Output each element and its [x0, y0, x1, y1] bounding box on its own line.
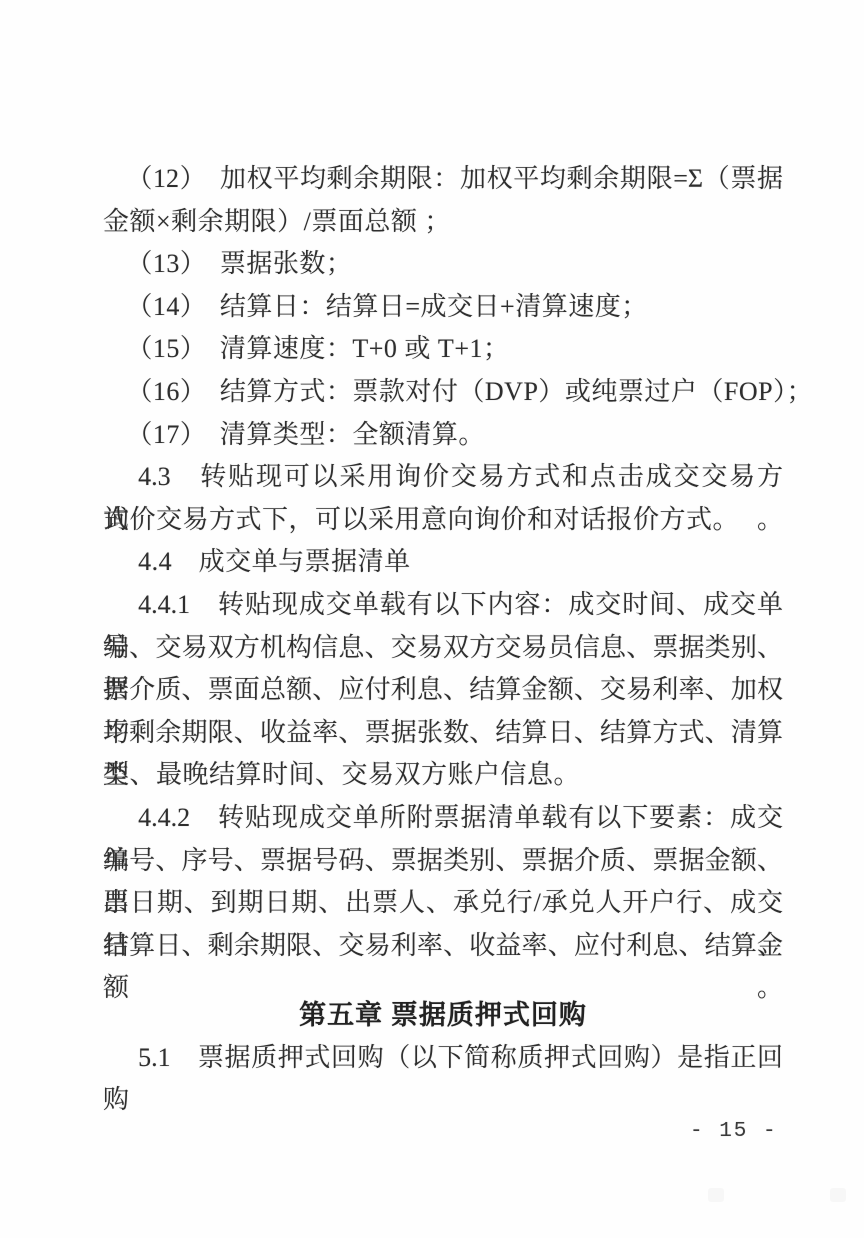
- text-line: （12） 加权平均剩余期限：加权平均剩余期限=Σ（票据: [103, 158, 783, 201]
- text-line: 票日期、到期日期、出票人、承兑行/承兑人开户行、成交日、: [103, 882, 783, 925]
- text-line: 5.1 票据质押式回购（以下简称质押式回购）是指正回购: [103, 1037, 783, 1080]
- text-line: 4.4 成交单与票据清单: [103, 541, 783, 584]
- scan-noise-spot: [830, 1188, 846, 1202]
- scan-noise-spot: [708, 1188, 724, 1202]
- text-line: （15） 清算速度：T+0 或 T+1；: [103, 328, 783, 371]
- text-line: 编号、序号、票据号码、票据类别、票据介质、票据金额、出: [103, 840, 783, 883]
- text-line: 型、最晚结算时间、交易双方账户信息。: [103, 754, 783, 797]
- text-line: 4.4.2 转贴现成交单所附票据清单载有以下要素：成交单: [103, 797, 783, 840]
- text-line: 金额×剩余期限）/票面总额 ；: [103, 201, 783, 244]
- text-line: 均剩余期限、收益率、票据张数、结算日、结算方式、清算类: [103, 712, 783, 755]
- text-line: （16） 结算方式：票款对付（DVP）或纯票过户（FOP）；: [103, 371, 783, 414]
- text-line: （17） 清算类型：全额清算。: [103, 414, 783, 457]
- text-line: 4.4.1 转贴现成交单载有以下内容：成交时间、成交单编: [103, 584, 783, 627]
- text-line: （14） 结算日：结算日=成交日+清算速度；: [103, 286, 783, 329]
- text-line: 询价交易方式下，可以采用意向询价和对话报价方式。: [103, 499, 783, 542]
- text-line: 据介质、票面总额、应付利息、结算金额、交易利率、加权平: [103, 669, 783, 712]
- text-line: 结算日、剩余期限、交易利率、收益率、应付利息、结算金额。: [103, 925, 783, 968]
- document-body: （12） 加权平均剩余期限：加权平均剩余期限=Σ（票据 金额×剩余期限）/票面总…: [103, 158, 783, 1079]
- page-number: - 15 -: [690, 1120, 778, 1143]
- text-line: 4.3 转贴现可以采用询价交易方式和点击成交交易方式。: [103, 456, 783, 499]
- text-line: （13） 票据张数；: [103, 243, 783, 286]
- text-line: 号、交易双方机构信息、交易双方交易员信息、票据类别、票: [103, 627, 783, 670]
- document-page: （12） 加权平均剩余期限：加权平均剩余期限=Σ（票据 金额×剩余期限）/票面总…: [0, 0, 864, 1238]
